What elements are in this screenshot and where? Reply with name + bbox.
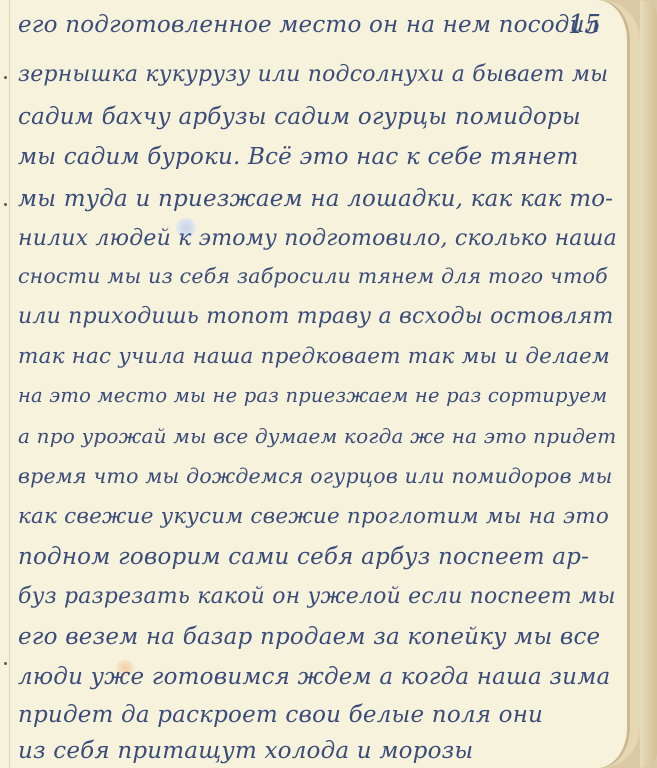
text-line: зернышка кукурузу или подсолнухи а бывае…: [18, 62, 608, 87]
text-line: мы туда и приезжаем на лошадки, как как …: [18, 186, 613, 212]
text-line: а про урожай мы все думаем когда же на э…: [18, 424, 616, 448]
text-line: сности мы из себя забросили тянем для то…: [18, 264, 608, 288]
text-line: садим бахчу арбузы садим огурцы помидоры: [18, 104, 581, 130]
text-line: люди уже готовимся ждем а когда наша зим…: [18, 664, 610, 690]
text-line: время что мы дождемся огурцов или помидо…: [18, 464, 613, 488]
paper-speck: [4, 76, 7, 79]
text-line: мы садим буроки. Всё это нас к себе тяне…: [18, 144, 579, 170]
page-edge: [640, 0, 657, 768]
paper-speck: [4, 662, 7, 665]
text-line: его везем на базар продаем за копейку мы…: [18, 624, 600, 650]
margin-line: [9, 0, 10, 768]
text-line: подном говорим сами себя арбуз поспеет а…: [18, 544, 589, 570]
text-line: его подготовленное место он на нем посод…: [18, 12, 599, 38]
text-line: придет да раскроет свои белые поля они: [18, 702, 543, 728]
text-line: или приходишь топот траву а всходы остов…: [18, 304, 614, 329]
notebook-page: 15 его подготовленное место он на нем по…: [0, 0, 640, 768]
text-line: на это место мы не раз приезжаем не раз …: [18, 384, 607, 407]
paper-speck: [4, 203, 7, 206]
text-line: из себя притащут холода и морозы: [18, 738, 473, 764]
text-line: нилих людей к этому подготовило, сколько…: [18, 226, 617, 251]
text-line: буз разрезать какой он ужелой если поспе…: [18, 584, 616, 609]
text-line: так нас учила наша предковает так мы и д…: [18, 344, 610, 369]
text-line: как свежие укусим свежие проглотим мы на…: [18, 504, 609, 529]
